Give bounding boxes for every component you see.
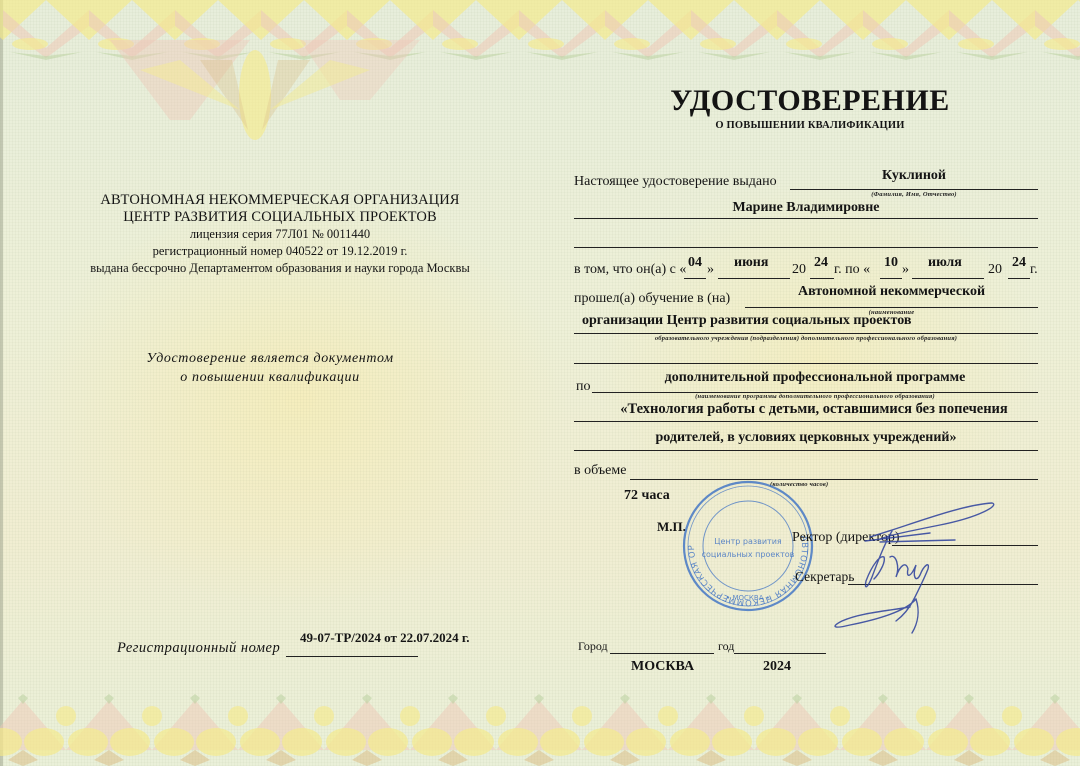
- program-rule3: [574, 450, 1038, 451]
- institution-rule2: [574, 333, 1038, 334]
- city-value: МОСКВА: [631, 659, 694, 675]
- fio-hint: (Фамилия, Имя, Отчество): [790, 191, 1038, 198]
- bottom-ornament-border: [0, 690, 1080, 766]
- from-day: 04: [688, 255, 702, 271]
- svg-text:• МОСКВА •: • МОСКВА •: [726, 594, 770, 602]
- program-line2: «Технология работы с детьми, оставшимися…: [574, 401, 1054, 418]
- from-year-rule: [810, 278, 834, 279]
- to-day: 10: [884, 255, 898, 271]
- to-month: июля: [928, 255, 962, 271]
- from-day-rule: [684, 278, 706, 279]
- period-mid: г. по «: [834, 262, 870, 278]
- top-ornament-border: [0, 0, 1080, 140]
- statement-line2: о повышении квалификации: [100, 368, 440, 387]
- recipient-surname: Куклиной: [790, 168, 1038, 184]
- to-year: 24: [1012, 255, 1026, 271]
- handwritten-signature: [820, 495, 1000, 635]
- svg-text:социальных проектов: социальных проектов: [702, 550, 795, 559]
- org-name-line1: АВТОНОМНАЯ НЕКОММЕРЧЕСКАЯ ОРГАНИЗАЦИЯ: [60, 192, 500, 209]
- svg-text:Центр развития: Центр развития: [714, 537, 782, 546]
- surname-rule: [790, 189, 1038, 190]
- year-rule: [734, 653, 826, 654]
- program-rule2: [574, 421, 1038, 422]
- institution-rule3: [574, 363, 1038, 364]
- volume-label: в объеме: [574, 463, 626, 479]
- quote-close-2: »: [902, 262, 909, 278]
- program-line1: дополнительной профессиональной программ…: [592, 370, 1038, 386]
- certificate-title: УДОСТОВЕРЕНИЕ: [640, 84, 980, 118]
- registration-number-value: 49-07-ТР/2024 от 22.07.2024 г.: [300, 630, 470, 646]
- organization-stamp: АВТОНОМНАЯ НЕКОММЕРЧЕСКАЯ ОРГАНИЗАЦИЯ • …: [680, 478, 816, 614]
- org-name-line2: ЦЕНТР РАЗВИТИЯ СОЦИАЛЬНЫХ ПРОЕКТОВ: [60, 209, 500, 226]
- quote-close-1: »: [707, 262, 714, 278]
- program-hint: (наименование программы дополнительного …: [592, 393, 1038, 400]
- registration-number-rule: [286, 656, 418, 657]
- to-year-rule: [1008, 278, 1030, 279]
- statement-line1: Удостоверение является документом: [100, 349, 440, 368]
- from-month: июня: [734, 255, 768, 271]
- recipient-name: Марине Владимировне: [574, 200, 1038, 216]
- to-day-rule: [880, 278, 902, 279]
- from-month-rule: [718, 278, 790, 279]
- year-value: 2024: [763, 659, 791, 675]
- from-year: 24: [814, 255, 828, 271]
- institution-hint2: образовательного учреждения (подразделен…: [574, 335, 1038, 342]
- to-month-rule: [912, 278, 984, 279]
- org-registration: регистрационный номер 040522 от 19.12.20…: [60, 243, 500, 260]
- org-issued-by: выдана бессрочно Департаментом образован…: [60, 260, 500, 277]
- certificate-subtitle: О ПОВЫШЕНИИ КВАЛИФИКАЦИИ: [640, 120, 980, 131]
- period-end: г.: [1030, 262, 1038, 278]
- period-prefix: в том, что он(а) с «: [574, 262, 686, 278]
- program-line3: родителей, в условиях церковных учрежден…: [574, 430, 1038, 446]
- to-century: 20: [988, 262, 1002, 278]
- volume-value: 72 часа: [624, 488, 670, 504]
- institution-label: прошел(а) обучение в (на): [574, 291, 730, 307]
- institution-line2: организации Центр развития социальных пр…: [582, 313, 911, 329]
- city-rule: [610, 653, 714, 654]
- name-rule: [574, 218, 1038, 219]
- organization-block: АВТОНОМНАЯ НЕКОММЕРЧЕСКАЯ ОРГАНИЗАЦИЯ ЦЕ…: [60, 192, 500, 277]
- institution-line1: Автономной некоммерческой: [745, 284, 1038, 300]
- city-label: Город: [578, 639, 608, 654]
- certificate-statement: Удостоверение является документом о повы…: [100, 349, 440, 387]
- program-label: по: [576, 379, 591, 395]
- from-century: 20: [792, 262, 806, 278]
- registration-number-label: Регистрационный номер: [117, 640, 280, 657]
- training-period: в том, что он(а) с « 04 » июня 20 24 г. …: [574, 258, 1044, 280]
- institution-rule1: [745, 307, 1038, 308]
- org-license: лицензия серия 77Л01 № 0011440: [60, 226, 500, 243]
- year-label: год: [718, 639, 734, 654]
- blank-rule: [574, 247, 1038, 248]
- issued-to-label: Настоящее удостоверение выдано: [574, 174, 777, 190]
